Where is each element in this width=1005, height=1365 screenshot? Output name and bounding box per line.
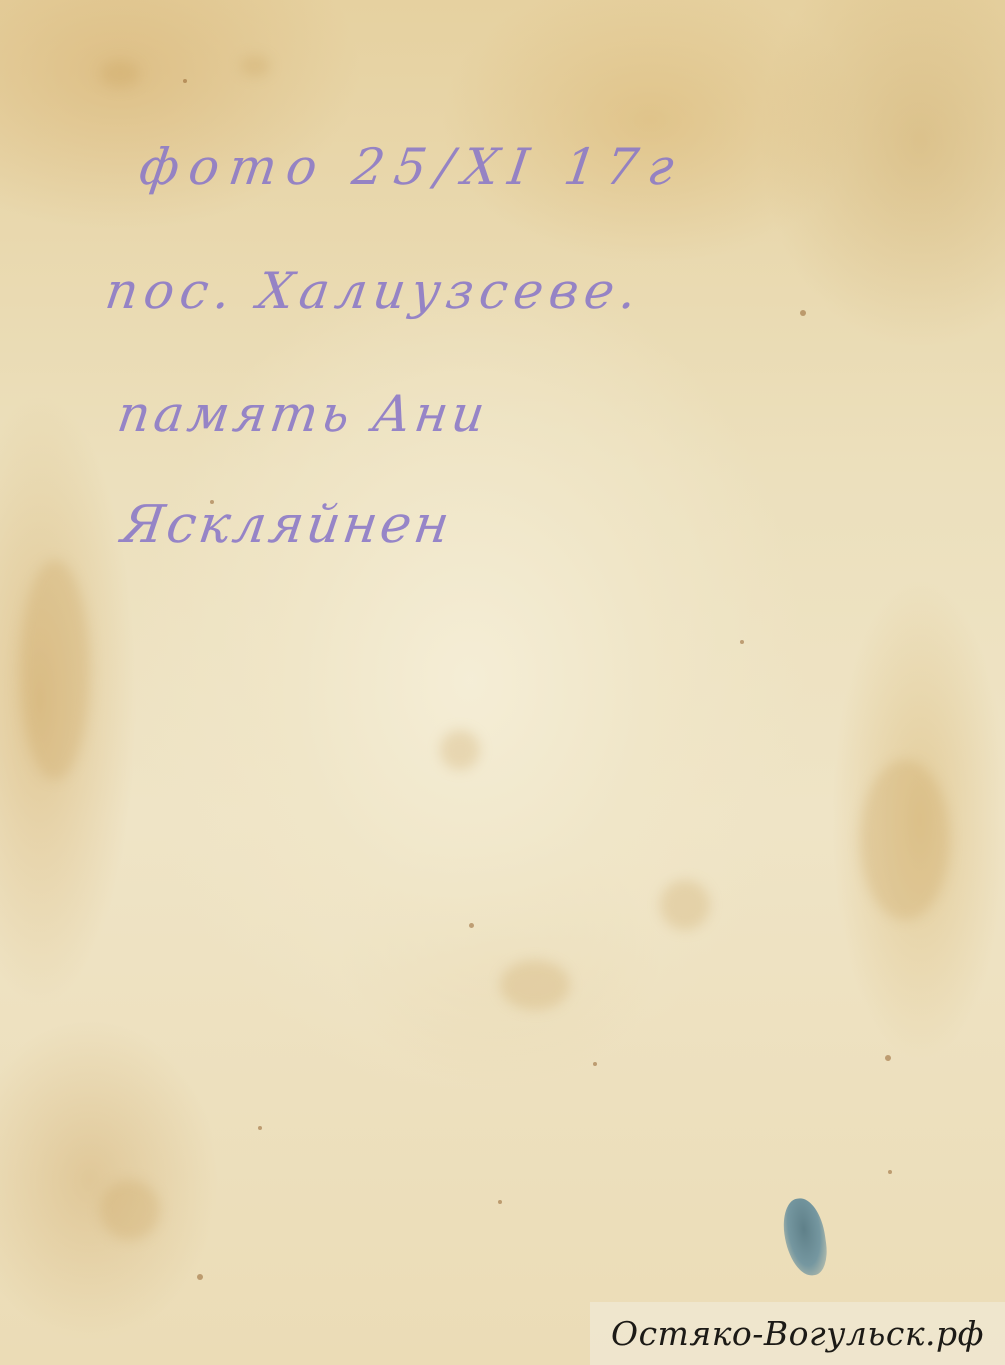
spot bbox=[593, 1062, 597, 1066]
stain bbox=[860, 760, 950, 920]
spot bbox=[469, 923, 474, 928]
spot bbox=[800, 310, 806, 316]
stain bbox=[660, 880, 710, 930]
watermark-text: Остяко-Вогульск.рф bbox=[611, 1314, 984, 1353]
stain bbox=[440, 730, 480, 770]
stain bbox=[240, 55, 270, 77]
handwritten-place-line: пос. Халиузсеве. bbox=[102, 262, 646, 320]
spot bbox=[197, 1274, 203, 1280]
spot bbox=[740, 640, 744, 644]
handwritten-surname-line: Яскляйнен bbox=[118, 495, 456, 555]
spot bbox=[888, 1170, 892, 1174]
blue-ink-stain bbox=[780, 1196, 830, 1279]
stain bbox=[100, 1180, 160, 1240]
spot bbox=[183, 79, 187, 83]
stain bbox=[20, 560, 90, 780]
spot bbox=[258, 1126, 262, 1130]
handwritten-date-line: фото 25/XI 17г bbox=[136, 138, 687, 196]
spot bbox=[498, 1200, 502, 1204]
watermark-banner: Остяко-Вогульск.рф bbox=[590, 1302, 1005, 1365]
stain bbox=[500, 960, 570, 1010]
photo-card-back: фото 25/XI 17г пос. Халиузсеве. память А… bbox=[0, 0, 1005, 1365]
stain bbox=[100, 60, 140, 88]
handwritten-memory-line: память Ани bbox=[114, 385, 492, 443]
spot bbox=[885, 1055, 891, 1061]
